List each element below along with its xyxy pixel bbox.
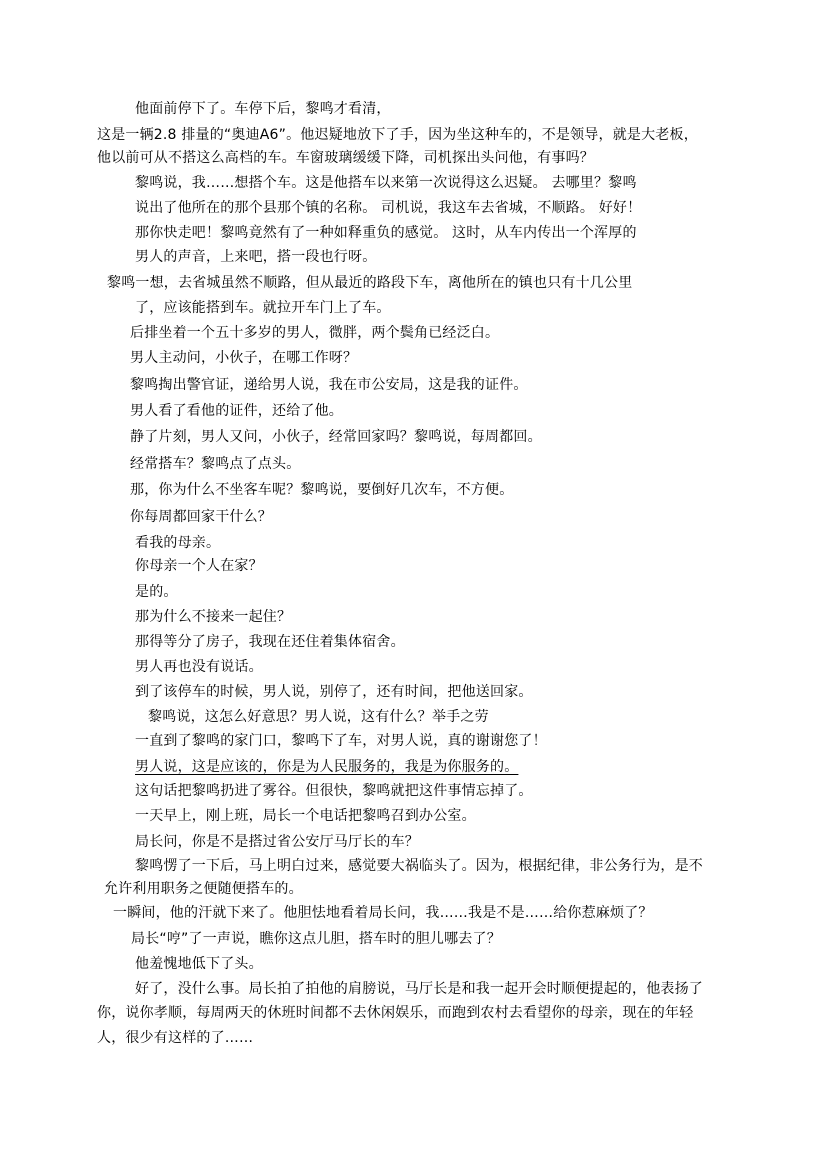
document-page: 他面前停下了。车停下后，黎鸣才看清， 这是一辆2.8 排量的“奥迪A6”。他迟疑…: [0, 0, 827, 1169]
text-line: 黎鸣说，我……想搭个车。这是他搭车以来第一次说得这么迟疑。 去哪里？黎鸣: [135, 174, 637, 192]
text-line: 那，你为什么不坐客车呢？黎鸣说，要倒好几次车，不方便。: [130, 481, 513, 499]
text-line: 一天早上，刚上班，局长一个电话把黎鸣召到办公室。: [135, 807, 476, 825]
text-line: 好了，没什么事。局长拍了拍他的肩膀说，马厅长是和我一起开会时顺便提起的，他表扬了: [135, 980, 703, 998]
underlined-text-line: 男人说，这是应该的，你是为人民服务的，我是为你服务的。: [135, 758, 518, 776]
text-line: 你母亲一个人在家？: [135, 557, 263, 575]
text-line: 那为什么不接来一起住？: [135, 608, 291, 626]
text-line: 男人主动问，小伙子，在哪工作呀？: [130, 349, 357, 367]
text-line: 黎鸣一想，去省城虽然不顺路，但从最近的路段下车，离他所在的镇也只有十几公里: [107, 274, 632, 292]
text-line: 黎鸣掏出警官证，递给男人说，我在市公安局，这是我的证件。: [130, 376, 528, 394]
text-line: 黎鸣说，这怎么好意思？男人说，这有什么？举手之劳: [148, 708, 489, 726]
text-line: 允许利用职务之便随便搭车的。: [104, 880, 303, 898]
text-line: 男人看了看他的证件，还给了他。: [130, 402, 343, 420]
text-line: 静了片刻，男人又问，小伙子，经常回家吗？黎鸣说，每周都回。: [130, 428, 542, 446]
text-line: 他羞愧地低下了头。: [135, 955, 263, 973]
text-line: 人，很少有这样的了……: [97, 1029, 253, 1047]
text-line: 那得等分了房子，我现在还住着集体宿舍。: [135, 633, 405, 651]
text-line: 这是一辆2.8 排量的“奥迪A6”。他迟疑地放下了手，因为坐这种车的，不是领导，…: [97, 126, 698, 144]
text-line: 黎鸣愣了一下后，马上明白过来，感觉要大祸临头了。因为，根据纪律，非公务行为，是不: [135, 857, 703, 875]
text-line: 那你快走吧！黎鸣竟然有了一种如释重负的感觉。 这时，从车内传出一个浑厚的: [135, 224, 637, 242]
text-line: 你，说你孝顺，每周两天的休班时间都不去休闲娱乐，而跑到农村去看望你的母亲，现在的…: [97, 1004, 693, 1022]
text-line: 经常搭车？黎鸣点了点头。: [130, 455, 300, 473]
text-line: 一直到了黎鸣的家门口，黎鸣下了车，对男人说，真的谢谢您了！: [135, 732, 547, 750]
text-line: 说出了他所在的那个县那个镇的名称。 司机说，我这车去省城，不顺路。 好好！: [135, 199, 641, 217]
text-line: 是的。: [135, 583, 178, 601]
text-line: 局长“哼”了一声说，瞧你这点儿胆，搭车时的胆儿哪去了？: [131, 930, 501, 948]
text-line: 看我的母亲。: [135, 534, 220, 552]
text-line: 一瞬间，他的汗就下来了。他胆怯地看着局长问，我……我是不是……给你惹麻烦了？: [113, 904, 653, 922]
text-line: 你每周都回家干什么？: [130, 508, 272, 526]
text-line: 到了该停车的时候，男人说，别停了，还有时间，把他送回家。: [135, 683, 533, 701]
text-line: 男人再也没有说话。: [135, 658, 263, 676]
text-line: 后排坐着一个五十多岁的男人，微胖，两个鬓角已经泛白。: [130, 324, 499, 342]
text-line: 男人的声音，上来吧，搭一段也行呀。: [135, 248, 376, 266]
text-line: 局长问，你是不是搭过省公安厅马厅长的车？: [135, 833, 419, 851]
text-line: 他以前可从不搭这么高档的车。车窗玻璃缓缓下降，司机探出头问他，有事吗？: [97, 149, 594, 167]
text-line: 他面前停下了。车停下后，黎鸣才看清，: [135, 100, 391, 118]
text-line: 了，应该能搭到车。就拉开车门上了车。: [135, 299, 391, 317]
text-line: 这句话把黎鸣扔进了雾谷。但很快，黎鸣就把这件事情忘掉了。: [135, 782, 533, 800]
